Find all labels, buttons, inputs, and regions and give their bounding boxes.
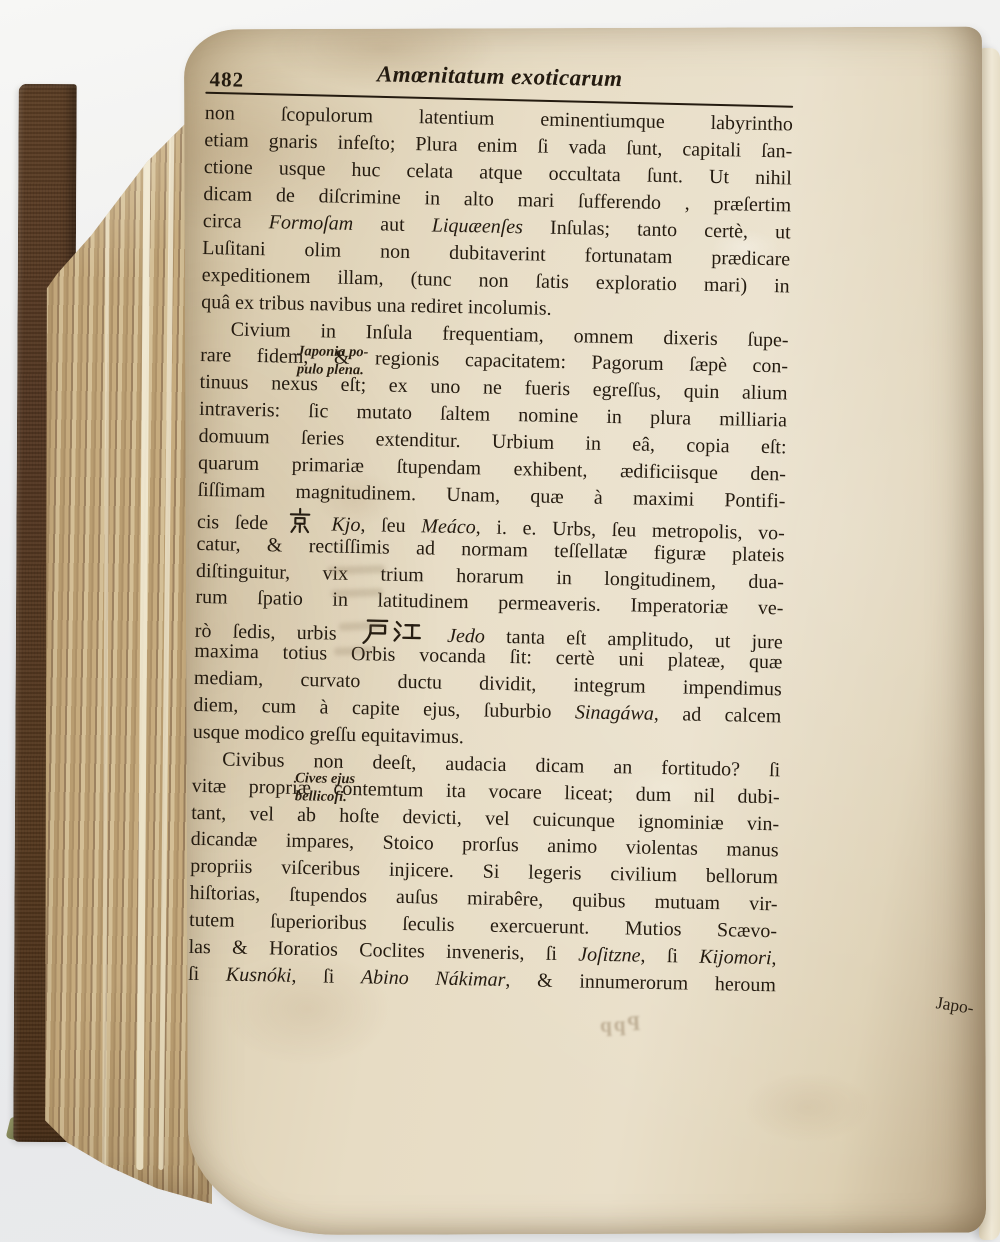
page-number: 482 [209,67,244,93]
text-segment: , ſi [291,965,361,988]
italic-text: Kijomori [699,946,772,969]
italic-text: Sinagáwa [575,701,654,725]
text-block: 482 Amœnitatum exoticarum non ſcopulorum… [188,58,794,999]
body-text: non ſcopulorum latentium eminentiumque l… [188,100,793,999]
text-segment: usque modico greſſu equitavimus. [193,721,464,748]
showthrough-ghost [334,646,372,655]
page-edge-separation [136,112,150,1170]
italic-text: Joſitzne [578,943,641,966]
paragraph: Civium in Inſula frequentiam, omnem dixe… [193,315,789,757]
text-segment: aut [353,213,432,237]
text-segment: Inſulas; tanto certè, ut [523,216,791,243]
text-segment: , & innumerorum heroum [505,969,776,996]
margin-note-line: Cives ejus [295,769,395,788]
margin-note-cives: Cives ejus bellicoſi. [295,769,395,806]
italic-text: Abino Nákimar [361,966,506,991]
paragraph: Civibus non deeſt, audacia dicam an fort… [188,746,781,999]
text-segment: ſi [188,963,226,986]
text-segment: , [771,947,776,969]
italic-text: Formoſam [269,211,354,235]
text-segment: , ad calcem [654,703,782,727]
text-segment: quâ ex tribus navibus una rediret incolu… [201,291,552,320]
book-photo-scene: 482 Amœnitatum exoticarum non ſcopulorum… [0,0,1000,1242]
margin-note-line: pulo plena. [297,360,397,379]
text-segment: circa [203,210,269,233]
margin-note-line: Japonia po- [297,342,397,361]
italic-text: Kjo [331,513,360,536]
signature-showthrough: Ppp [597,1011,640,1038]
page-edge-separation [102,112,110,1170]
paragraph: non ſcopulorum latentium eminentiumque l… [201,100,793,327]
margin-note-line: bellicoſi. [295,787,395,806]
text-segment: , ſi [640,945,699,968]
text-segment: diem, cum à capite ejus, ſuburbio [193,694,575,723]
page-edge-separation [158,112,174,1170]
margin-note-japonia: Japonia po- pulo plena. [297,342,397,379]
italic-text: Liquæenſes [432,214,524,238]
italic-text: Kusnóki [226,963,292,986]
kanji-kyo-icon [288,505,313,535]
